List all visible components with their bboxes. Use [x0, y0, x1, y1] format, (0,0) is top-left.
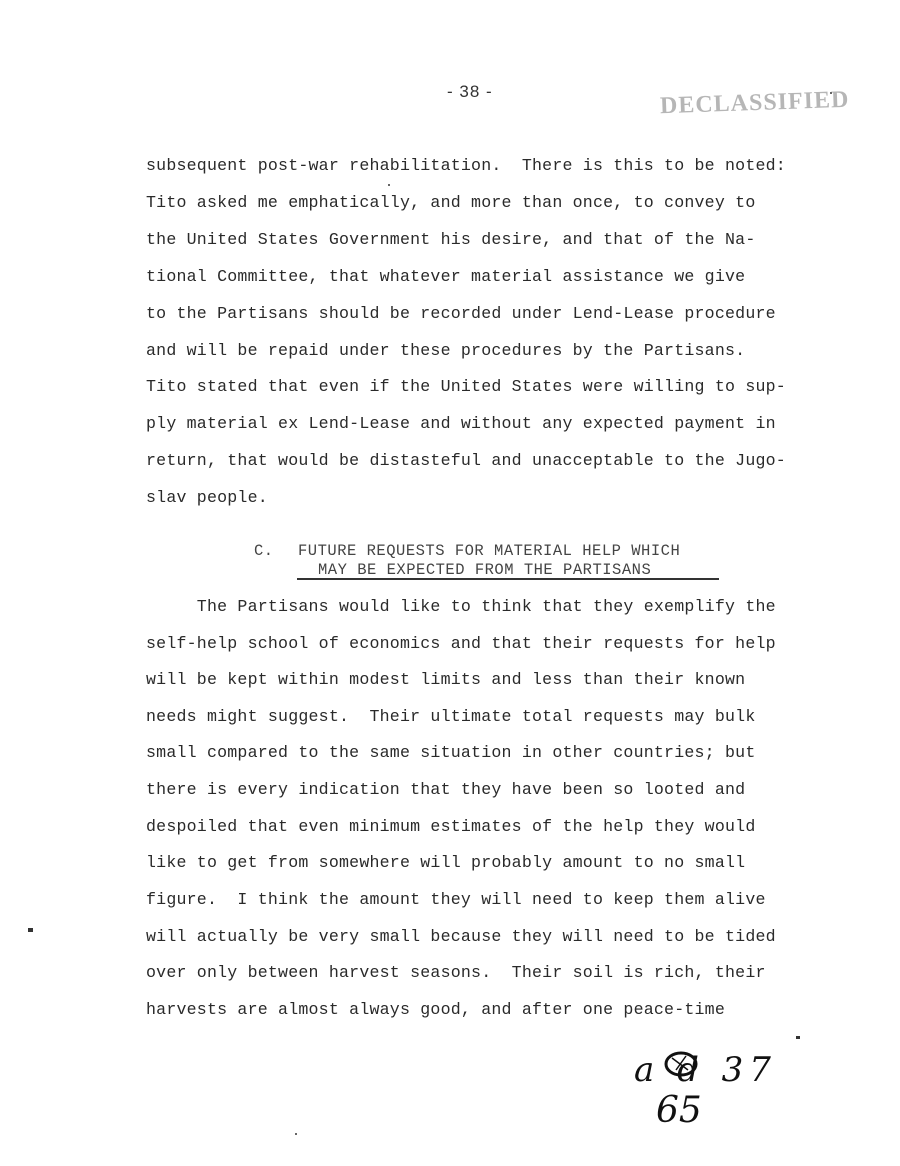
- paragraph-1-line: the United States Government his desire,…: [146, 230, 755, 249]
- paragraph-1-line: subsequent post-war rehabilitation. Ther…: [146, 156, 786, 175]
- handwritten-page-number: 65: [656, 1090, 702, 1131]
- paragraph-1-line: return, that would be distasteful and un…: [146, 451, 786, 470]
- paragraph-2-line: figure. I think the amount they will nee…: [146, 890, 766, 909]
- paragraph-2-line: like to get from somewhere will probably…: [146, 853, 745, 872]
- paragraph-1-line: Tito stated that even if the United Stat…: [146, 377, 786, 396]
- paragraph-1-line: slav people.: [146, 488, 268, 507]
- page-number: - 38 -: [447, 82, 493, 102]
- paragraph-1-line: Tito asked me emphatically, and more tha…: [146, 193, 755, 212]
- paragraph-2-line: there is every indication that they have…: [146, 780, 745, 799]
- section-heading-line-1: FUTURE REQUESTS FOR MATERIAL HELP WHICH: [298, 542, 680, 560]
- handwritten-reference: a d 37: [634, 1050, 777, 1090]
- section-letter: C.: [254, 542, 274, 560]
- paragraph-2-line: over only between harvest seasons. Their…: [146, 963, 766, 982]
- scan-speck: [796, 1036, 800, 1039]
- scan-speck: [388, 184, 390, 186]
- paragraph-1-line: and will be repaid under these procedure…: [146, 341, 745, 360]
- paragraph-2-line: harvests are almost always good, and aft…: [146, 1000, 725, 1019]
- paragraph-2-line: The Partisans would like to think that t…: [146, 597, 776, 616]
- paragraph-2-line: needs might suggest. Their ultimate tota…: [146, 707, 755, 726]
- scan-speck: [830, 92, 832, 94]
- scan-speck: [28, 928, 33, 932]
- paragraph-1-line: to the Partisans should be recorded unde…: [146, 304, 776, 323]
- paragraph-1-line: ply material ex Lend-Lease and without a…: [146, 414, 776, 433]
- paragraph-2-line: will be kept within modest limits and le…: [146, 670, 745, 689]
- scan-speck: [295, 1133, 297, 1135]
- paragraph-2-line: self-help school of economics and that t…: [146, 634, 776, 653]
- declassified-stamp: DECLASSIFIED: [660, 87, 850, 121]
- paragraph-2-line: will actually be very small because they…: [146, 927, 776, 946]
- scribble-circle-icon: [662, 1050, 700, 1078]
- paragraph-2-line: small compared to the same situation in …: [146, 743, 755, 762]
- document-page: - 38 - DECLASSIFIED subsequent post-war …: [0, 0, 900, 1166]
- section-heading-line-2: MAY BE EXPECTED FROM THE PARTISANS: [318, 561, 651, 579]
- paragraph-2-line: despoiled that even minimum estimates of…: [146, 817, 755, 836]
- paragraph-1-line: tional Committee, that whatever material…: [146, 267, 745, 286]
- section-heading-underline: [297, 578, 719, 580]
